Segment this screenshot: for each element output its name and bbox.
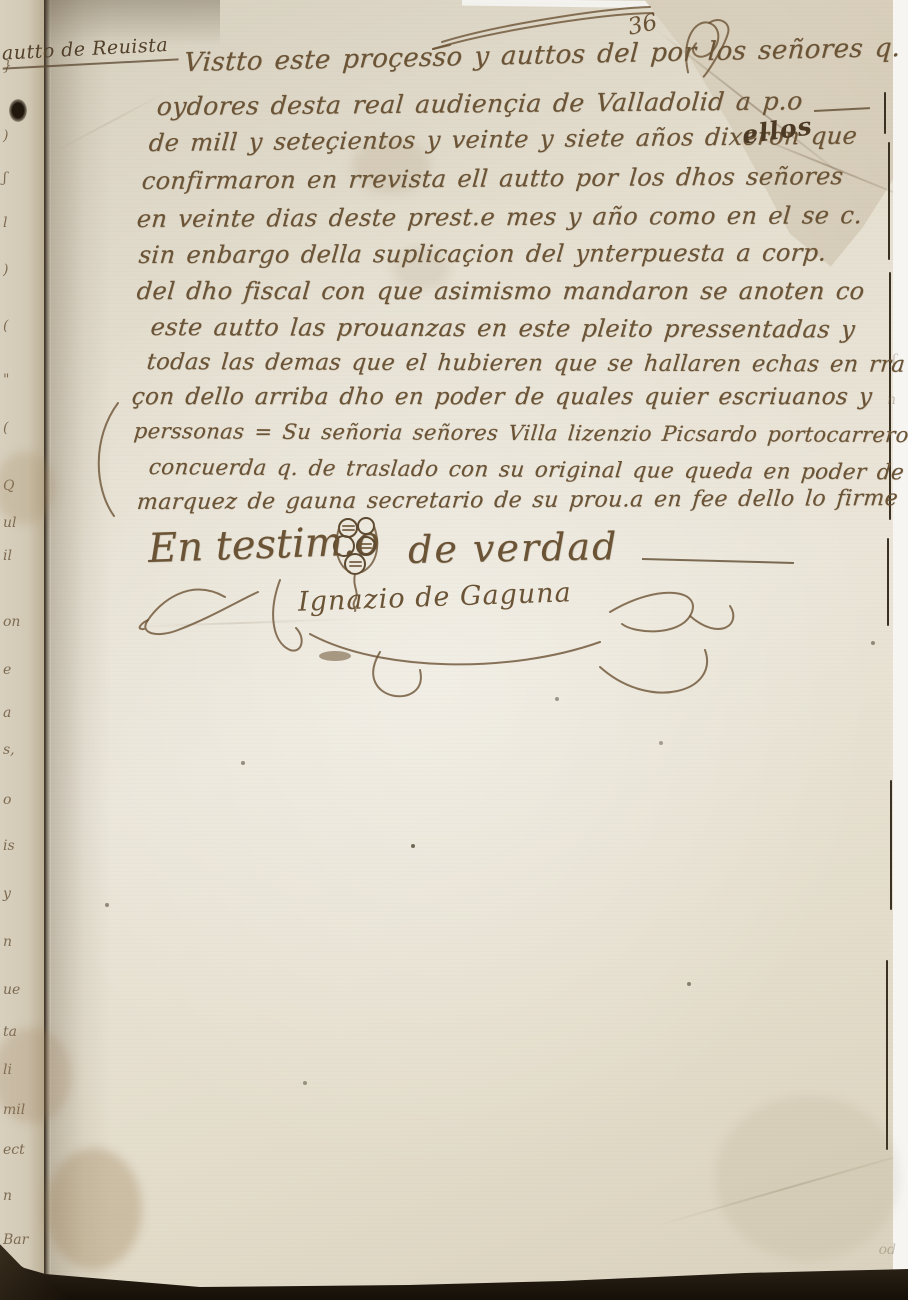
gutter-text-fragment: e: [3, 662, 11, 678]
ink-specks: [0, 0, 2, 2]
gutter-text-fragment: a: [3, 705, 11, 721]
manuscript-line-2: oydores desta real audiençia de Valladol…: [156, 86, 804, 121]
edge-text-fragment: n: [887, 392, 896, 408]
stain: [715, 1095, 900, 1260]
gutter-text-fragment: on: [3, 614, 20, 630]
page-edge-line: [888, 142, 890, 260]
manuscript-line-11: perssonas = Su señoria señores Villa liz…: [133, 419, 908, 447]
gutter-text-fragment: (: [3, 318, 8, 334]
manuscript-line-6: sin enbargo della suplicaçion del ynterp…: [138, 239, 828, 269]
gutter-text-fragment: y: [3, 886, 11, 902]
gutter-text-fragment: o: [3, 792, 11, 808]
gutter-text-fragment: ): [3, 262, 8, 278]
manuscript-line-5: en veinte dias deste prest.e mes y año c…: [136, 201, 864, 233]
page-edge-line: [890, 780, 892, 910]
gutter-text-fragment: il: [3, 548, 12, 564]
page-edge-line: [886, 960, 888, 1150]
gutter-text-fragment: is: [3, 838, 15, 854]
manuscript-line-4: confirmaron en rrevista ell autto por lo…: [141, 162, 845, 195]
page-edge-line: [884, 92, 886, 134]
manuscript-scan: })ʃl)("(Quliloneas,oisynuetalimilectnBar…: [0, 0, 908, 1300]
wormhole: [9, 99, 27, 122]
manuscript-line-10: çon dello arriba dho en poder de quales …: [131, 384, 874, 410]
gutter-text-fragment: Bar: [3, 1232, 28, 1248]
manuscript-line-13: marquez de gauna secretario de su prou.a…: [136, 486, 899, 515]
gutter-text-fragment: ": [3, 372, 9, 388]
gutter-text-fragment: l: [3, 215, 7, 231]
scan-background-right: [893, 0, 908, 1300]
gutter-text-fragment: s,: [3, 742, 15, 758]
manuscript-line-7: del dho fiscal con que asimismo mandaron…: [136, 277, 866, 305]
gutter-text-fragment: ect: [3, 1142, 25, 1158]
edge-text-fragment: od: [879, 1242, 896, 1258]
gutter-text-fragment: ): [3, 128, 8, 144]
manuscript-line-8: este autto las prouanzas en este pleito …: [149, 313, 856, 343]
signature-rubric-icon: [130, 572, 750, 722]
manuscript-line-9: todas las demas que el hubieren que se h…: [146, 349, 907, 378]
gutter-text-fragment: ʃ: [3, 170, 7, 186]
gutter-text-fragment: ue: [3, 982, 20, 998]
stain: [46, 1148, 142, 1270]
gutter-text-fragment: n: [3, 934, 12, 950]
gutter-text-fragment: (: [3, 420, 8, 436]
capital-swash-icon: [84, 398, 134, 523]
attestation-right: de verdad: [408, 524, 619, 572]
page-edge-line: [887, 538, 889, 626]
edge-text-fragment: ʃ: [892, 352, 896, 368]
gutter-text-fragment: n: [3, 1188, 12, 1204]
